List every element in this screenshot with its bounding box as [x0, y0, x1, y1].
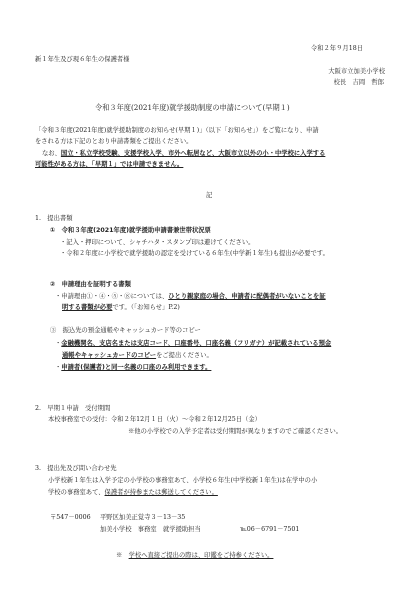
- closing-note: ※ 学校へ直接ご提出の際は、印鑑をご持参ください。: [116, 552, 273, 560]
- school-name: 大阪市立加美小学校: [328, 68, 385, 76]
- item-3-bullet-1-cont: 通帳やキャッシュカードのコピーをご提出ください。: [62, 352, 213, 360]
- item-3-bullet-2: ・申請者(保護者)と同一名義の口座のみ利用できます。: [55, 364, 211, 372]
- note-text: 学校へ直接ご提出の際は、印鑑をご持参ください。: [129, 552, 274, 559]
- phone-number: ℡06－6791－7501: [240, 526, 299, 534]
- address: 平野区加美正覚寺３－13－35: [100, 514, 185, 522]
- intro-line-4: 可能性がある方は、「早期１」では申請できません。: [35, 161, 183, 169]
- intro-line-3: なお、国立・私立学校受験、支援学校入学、市外へ転居など、大阪市立以外の小・中学校…: [42, 150, 325, 158]
- page-title: 令和３年度(2021年度)就学援助制度の申請について(早期１): [95, 104, 290, 112]
- note-mark: ※: [116, 552, 122, 559]
- section-2-line-1: 本校事務室での受付：令和２年12月１日（火）～令和２年12月25日（金）: [48, 416, 261, 424]
- section-3-line-1: 小学校新１年生は入学予定の小学校の事務室あて、小学校６年生(中学校新１年生)は在…: [48, 477, 317, 485]
- date: 令和２年９月18日: [311, 45, 363, 53]
- intro-note-prefix: なお、: [42, 150, 61, 157]
- item-3-bullet-1-bold: 金融機関名、支店名または支店コード、口座番号、口座名義（フリガナ）が記載されてい…: [61, 340, 331, 347]
- item-3-bullet-1-suffix: をご提出ください。: [156, 352, 213, 359]
- item-1-bullet-1: ・記入・押印について、シャチハタ・スタンプ印は避けてください。: [60, 239, 254, 247]
- intro-line-1: 「令和３年度(2021年度)就学援助制度のお知らせ(早期１)」（以下「お知らせ」…: [35, 127, 319, 135]
- item-2-label: ② 申請理由を証明する書類: [50, 281, 131, 289]
- item-2-bullet-bold: ひとり親家庭の場合、申請者に配偶者がいないことを証: [168, 293, 325, 300]
- principal-name: 校長 吉岡 哲郎: [334, 79, 384, 87]
- item-2-bullet-suffix: です。（「お知らせ」P.2): [112, 304, 179, 311]
- item-3-bullet-2-bold: 申請者(保護者)と同一名義の口座のみ利用できます。: [61, 364, 211, 371]
- section-3-heading: 3. 提出先及び問い合わせ先: [35, 465, 117, 473]
- section-3-line-2-underlined: 保護者が持参または郵送してください。: [105, 489, 218, 496]
- intro-note-bold: 国立・私立学校受験、支援学校入学、市外へ転居など、大阪市立以外の小・中学校に入学…: [61, 150, 325, 157]
- item-3-bullet-1-bold-2: 通帳やキャッシュカードのコピー: [62, 352, 156, 359]
- item-2-bullet-cont: 明する書類が必要です。（「お知らせ」P.2): [62, 304, 180, 312]
- recipient: 新１年生及び現６年生の保護者様: [35, 56, 129, 64]
- item-2-bullet-bold-2: 明する書類が必要: [62, 304, 112, 311]
- section-3-line-2-prefix: 学校の事務室あて、: [48, 489, 105, 496]
- section-1-heading: 1. 提出書類: [35, 215, 73, 223]
- item-2-bullet: ・申請理由①・④・⑤・⑧については、ひとり親家庭の場合、申請者に配偶者がいないこ…: [55, 293, 326, 301]
- item-3-bullet-1: ・金融機関名、支店名または支店コード、口座番号、口座名義（フリガナ）が記載されて…: [55, 340, 331, 348]
- item-1-bullet-2: ・令和２年度に小学校で就学援助の認定を受けている６年生(中学新１年生)も提出が必…: [60, 250, 329, 258]
- item-1-label: ① 令和３年度(2021年度)就学援助申請書兼世帯状況票: [50, 227, 211, 235]
- intro-line-2: をされる方は下記のとおり申請書類をご提出ください。: [35, 138, 192, 146]
- postal-code: 〒547－0006: [50, 514, 91, 522]
- item-3-label: ③ 振込先の預金通帳やキャッシュカード等のコピー: [50, 327, 201, 335]
- office-contact: 加美小学校 事務室 就学援助担当: [100, 526, 201, 534]
- section-3-line-2: 学校の事務室あて、保護者が持参または郵送してください。: [48, 489, 218, 497]
- ki-heading: 記: [206, 192, 212, 200]
- section-2-line-2: ※他の小学校での入学予定者は受付期間が異なりますのでご確認ください。: [128, 428, 342, 436]
- section-2-heading: 2. 早期１申請 受付期間: [35, 405, 110, 413]
- item-2-bullet-prefix: ・申請理由①・④・⑤・⑧については、: [55, 293, 168, 300]
